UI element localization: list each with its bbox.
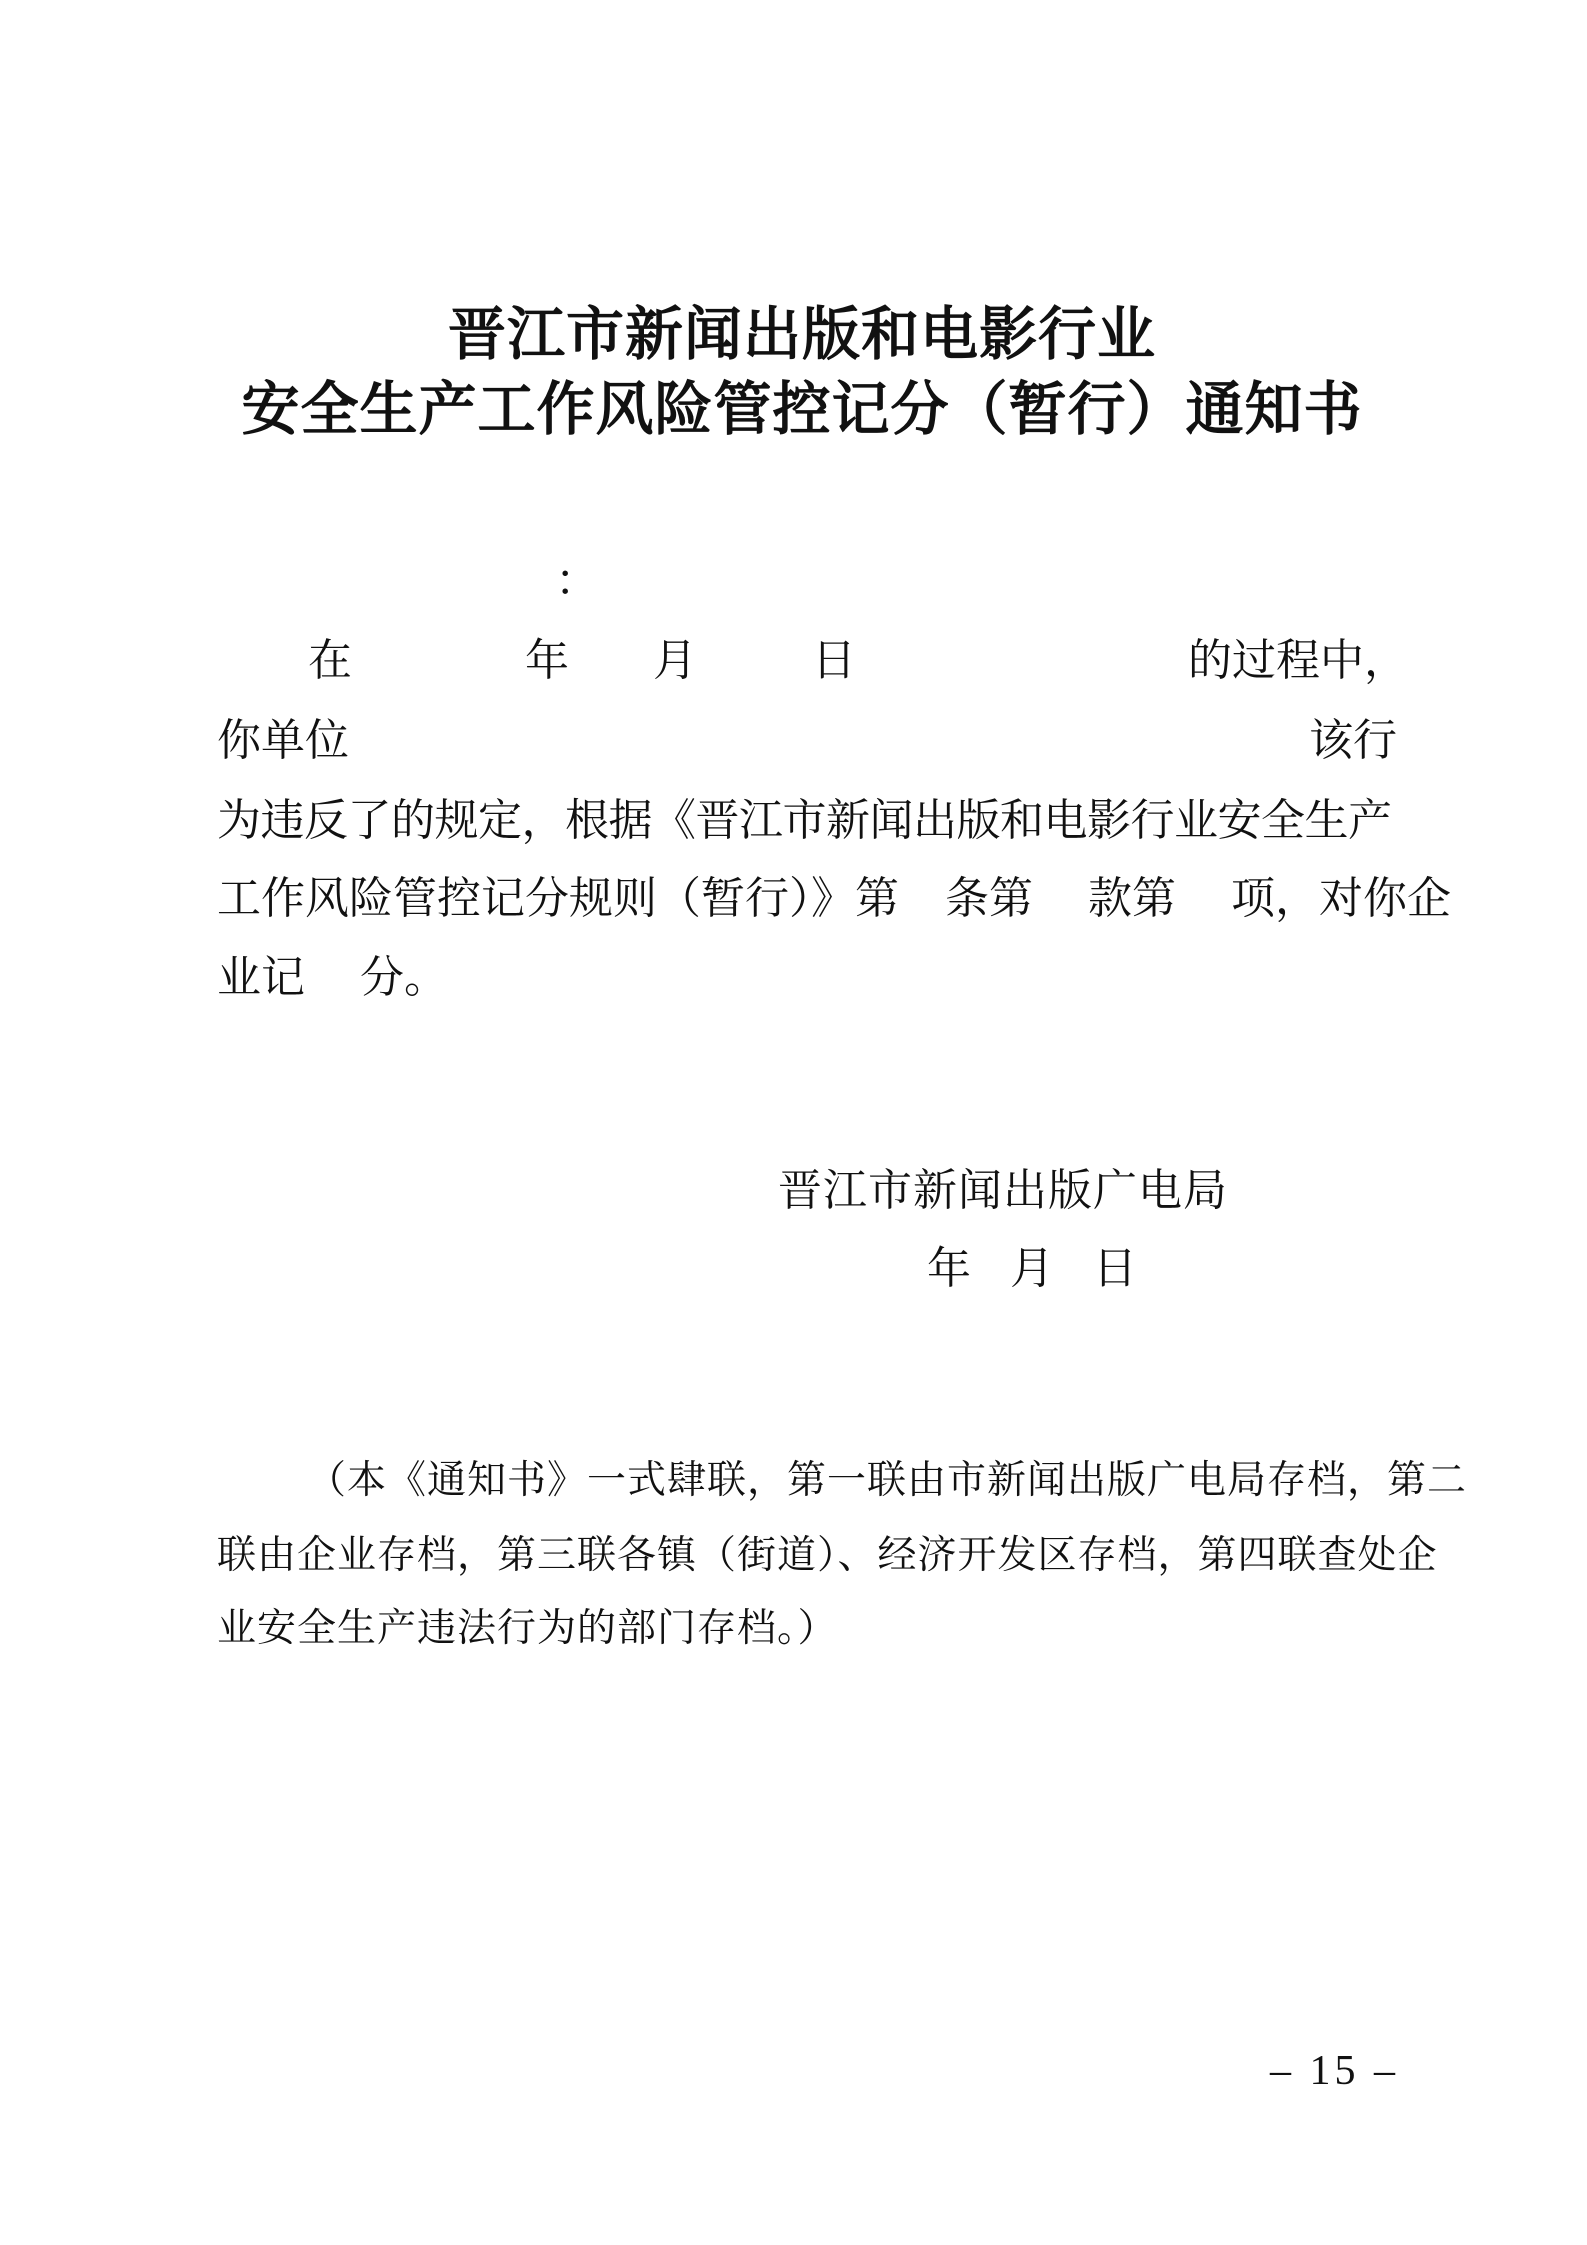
body-line-2: 你单位 该行 xyxy=(217,716,1397,767)
footer-note-line-2: 联由企业存档，第三联各镇（街道）、经济开发区存档，第四联查处企 xyxy=(217,1533,1407,1580)
day-blank xyxy=(697,674,812,675)
body-line-3: 为违反了的规定，根据《晋江市新闻出版和电影行业安全生产 xyxy=(217,796,1397,847)
year-blank xyxy=(352,674,525,675)
document-title-line-2: 安全生产工作风险管控记分（暂行）通知书 xyxy=(207,381,1397,439)
signature-date-year: 年 xyxy=(927,1244,971,1295)
addressee-blank xyxy=(217,594,555,595)
body-line1-month: 月 xyxy=(653,636,697,687)
signature-date-day: 日 xyxy=(1093,1244,1137,1295)
page-number: – 15 – xyxy=(1270,2050,1399,2092)
article-number-blank xyxy=(899,912,945,913)
document-title-line-1: 晋江市新闻出版和电影行业 xyxy=(207,306,1397,364)
body-line-5: 业记分。 xyxy=(217,953,1397,1004)
body-line2-your-unit: 你单位 xyxy=(217,716,349,767)
issuing-agency-name: 晋江市新闻出版广电局 xyxy=(778,1166,1228,1217)
body-line4-rule: 工作风险管控记分规则（暂行）》第 xyxy=(217,874,899,925)
points-blank xyxy=(305,991,360,992)
month-blank xyxy=(569,674,653,675)
footer-note-line-1: （本《通知书》一式肆联，第一联由市新闻出版广电局存档，第二 xyxy=(217,1458,1497,1505)
body-line-4: 工作风险管控记分规则（暂行）》第条第款第项，对你企 xyxy=(217,874,1397,925)
body-line1-year: 年 xyxy=(525,636,569,687)
footer-note-line-3: 业安全生产违法行为的部门存档。） xyxy=(217,1606,1407,1653)
document-page: 晋江市新闻出版和电影行业 安全生产工作风险管控记分（暂行）通知书 ： 在年月日的… xyxy=(0,0,1587,2245)
salutation-colon: ： xyxy=(555,556,599,605)
body-line4-article: 条第 xyxy=(945,874,1033,925)
signature-month-blank xyxy=(1054,1282,1093,1283)
body-line2-gaixing: 该行 xyxy=(1309,716,1397,767)
body-line-1: 在年月日的过程中， xyxy=(217,636,1397,687)
first-line-indent xyxy=(217,674,308,675)
body-line5-points: 分。 xyxy=(360,953,448,1004)
signature-date-month: 月 xyxy=(1010,1244,1054,1295)
clause-number-blank xyxy=(1033,912,1088,913)
body-line1-day: 日 xyxy=(812,636,856,687)
body-line1-process: 的过程中， xyxy=(1188,636,1408,687)
activity-blank xyxy=(856,674,1188,675)
salutation-line: ： xyxy=(217,556,1397,607)
body-line1-zai: 在 xyxy=(308,636,352,687)
signature-year-blank xyxy=(971,1282,1010,1283)
signature-date-line: 年月日 xyxy=(927,1244,1137,1295)
body-line5-record: 业记 xyxy=(217,953,305,1004)
body-line4-item: 项，对你企 xyxy=(1231,874,1451,925)
item-number-blank xyxy=(1176,912,1231,913)
body-line4-clause: 款第 xyxy=(1088,874,1176,925)
